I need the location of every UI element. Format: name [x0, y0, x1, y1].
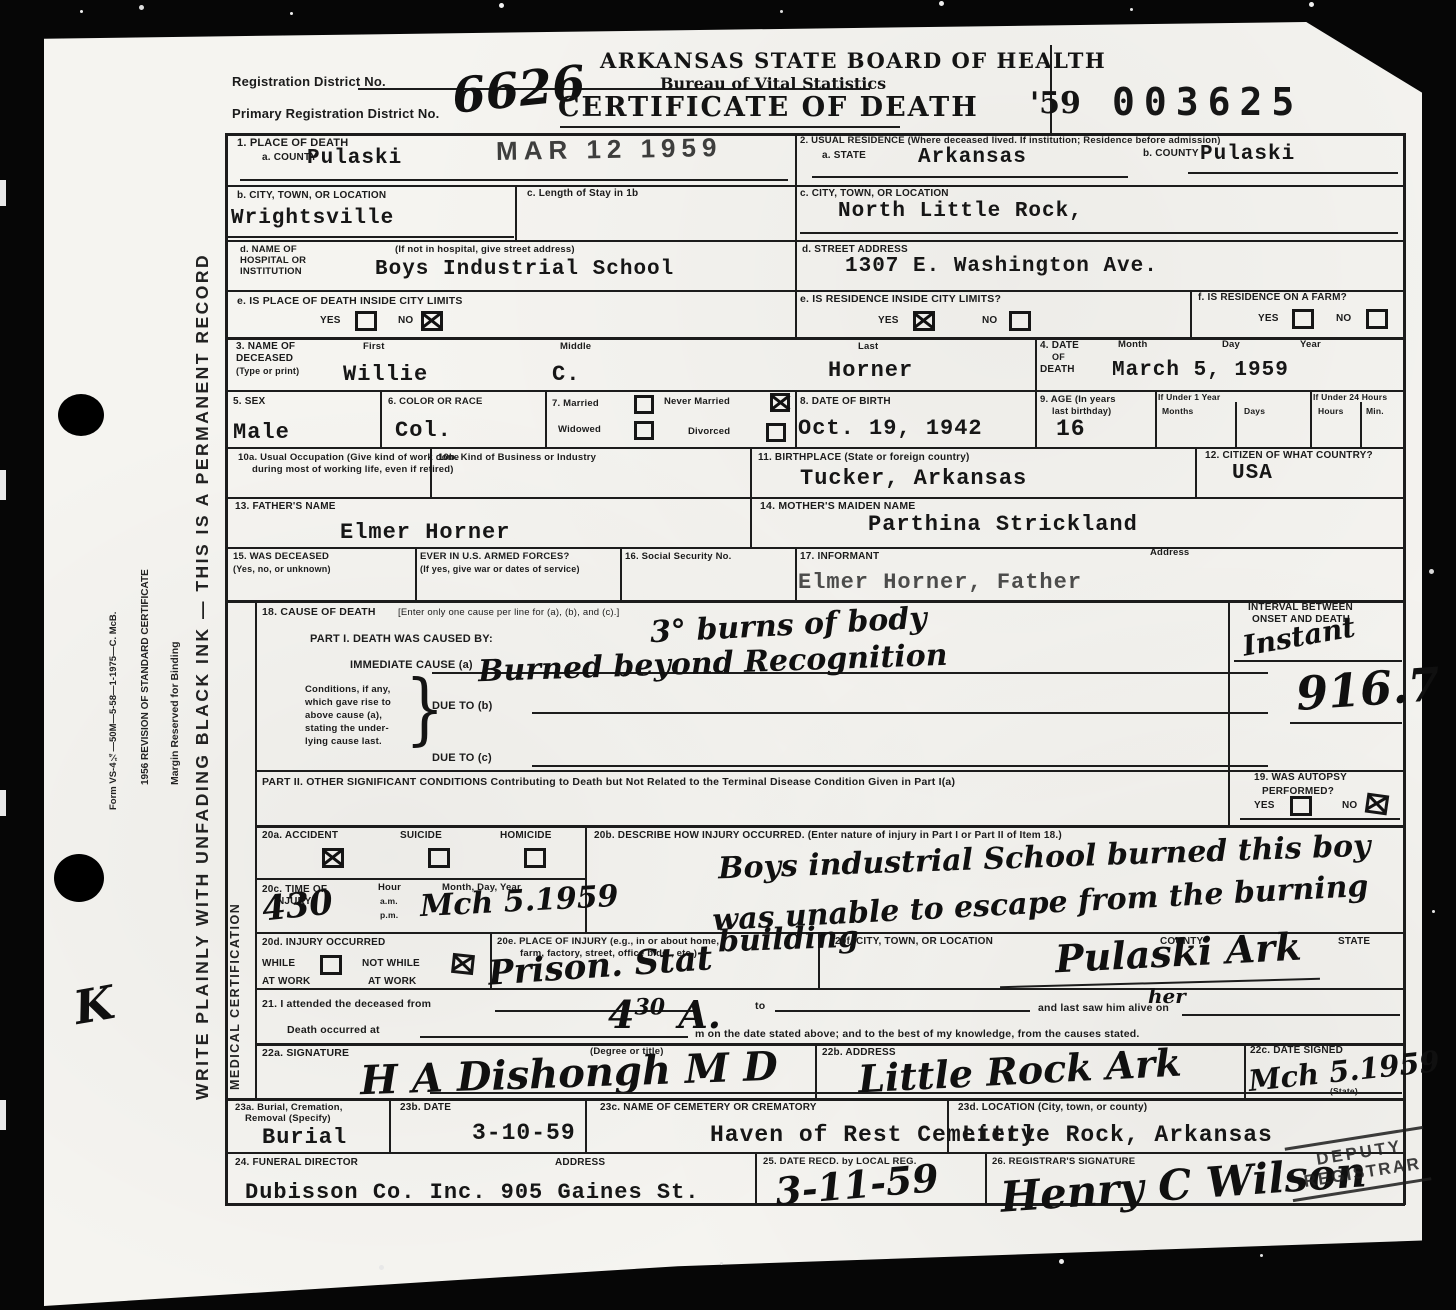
checkbox-while-at-work — [320, 955, 342, 975]
due-to-b-label: DUE TO (b) — [432, 700, 492, 712]
form-line — [225, 390, 1405, 392]
describe-injury-label: 20b. DESCRIBE HOW INJURY OCCURRED. (Ente… — [594, 830, 1062, 841]
armed-forces-label-1: 15. WAS DECEASED — [233, 551, 329, 562]
place-city-label: b. CITY, TOWN, OR LOCATION — [237, 190, 386, 201]
form-line — [532, 712, 1268, 714]
father-value: Elmer Horner — [340, 520, 510, 545]
checkbox-place-limits-no — [421, 311, 443, 331]
month-header: Month — [1118, 339, 1148, 350]
form-line — [985, 1152, 987, 1205]
last-name-value: Horner — [828, 358, 913, 383]
form-line — [225, 185, 1405, 187]
mother-label: 14. MOTHER'S MAIDEN NAME — [760, 500, 915, 512]
death-occurred-at-label: Death occurred at — [287, 1024, 380, 1036]
place-limits-label: e. IS PLACE OF DEATH INSIDE CITY LIMITS — [237, 295, 463, 307]
cert-number: 003625 — [1112, 80, 1303, 124]
form-line — [532, 765, 1268, 767]
funeral-director-value: Dubisson Co. Inc. 905 Gaines St. — [245, 1180, 699, 1205]
date-of-death-value: March 5, 1959 — [1112, 359, 1289, 382]
while-label: WHILE — [262, 958, 295, 969]
form-line — [1360, 402, 1362, 447]
checkbox-accident — [322, 848, 344, 868]
checkbox-residence-limits-no — [1009, 311, 1031, 331]
place-limits-yes-label: YES — [320, 315, 341, 326]
conditions-label-2: which gave rise to — [305, 697, 391, 708]
form-line — [1310, 390, 1312, 447]
form-line — [1035, 337, 1037, 390]
form-line — [775, 1010, 1030, 1012]
punch-hole — [58, 394, 104, 436]
armed-forces-label-3: EVER IN U.S. ARMED FORCES? — [420, 551, 569, 562]
under-24-hours-header: If Under 24 Hours — [1313, 392, 1387, 402]
form-line — [255, 825, 1405, 828]
film-dust — [80, 10, 83, 13]
residence-state-value: Arkansas — [918, 146, 1027, 169]
birthplace-value: Tucker, Arkansas — [800, 466, 1027, 491]
form-line — [1244, 1043, 1246, 1098]
checkbox-widowed — [634, 421, 654, 440]
punch-hole — [54, 854, 104, 902]
dob-label: 8. DATE OF BIRTH — [800, 396, 891, 407]
business-label: 10b. Kind of Business or Industry — [438, 452, 596, 463]
under-1-year-header: If Under 1 Year — [1158, 392, 1220, 402]
form-line — [255, 1043, 1405, 1046]
usual-residence-title: 2. USUAL RESIDENCE (Where deceased lived… — [800, 135, 1221, 146]
cert-year: '59 — [1030, 86, 1081, 121]
form-line — [795, 547, 797, 600]
last-name-header: Last — [858, 341, 878, 352]
form-line — [225, 447, 1405, 449]
burial-location-label: 23d. LOCATION (City, town, or county) — [958, 1102, 1147, 1113]
name-label-2: DECEASED — [236, 353, 293, 364]
date-of-death-label-1: 4. DATE — [1040, 340, 1079, 351]
medical-certification-label: MEDICAL CERTIFICATION — [228, 740, 242, 1090]
form-line — [755, 1152, 757, 1205]
form-line — [795, 390, 797, 447]
handwritten-code: 916.7 — [1294, 657, 1441, 721]
burial-label-2: Removal (Specify) — [245, 1113, 331, 1124]
accident-label: 20a. ACCIDENT — [262, 830, 338, 841]
age-label-1: 9. AGE (In years — [1040, 394, 1116, 405]
form-line — [1035, 390, 1037, 447]
form-line — [1190, 290, 1192, 337]
form-line — [815, 1043, 817, 1098]
death-time-hour: 4 — [608, 992, 634, 1037]
form-line — [430, 1092, 1402, 1094]
form-line — [585, 1098, 587, 1152]
occupation-label-1: 10a. Usual Occupation (Give kind of work… — [238, 452, 459, 463]
form-line — [812, 176, 1128, 178]
binding-margin-label: Margin Reserved for Binding — [169, 555, 181, 785]
armed-forces-label-4: (If yes, give war or dates of service) — [420, 564, 580, 574]
injury-occurred-label: 20d. INJURY OCCURRED — [262, 937, 385, 948]
mother-value: Parthina Strickland — [868, 512, 1138, 537]
street-address-label: d. STREET ADDRESS — [802, 244, 908, 255]
form-line — [225, 547, 1405, 549]
first-name-header: First — [363, 341, 385, 352]
form-line — [225, 133, 228, 1205]
handwritten-her: her — [1148, 984, 1186, 1008]
injury-state-header: STATE — [1338, 936, 1370, 947]
form-line — [389, 1098, 391, 1152]
form-line — [255, 600, 257, 1098]
am-label: a.m. — [380, 896, 398, 906]
conditions-label-1: Conditions, if any, — [305, 684, 390, 695]
checkbox-homicide — [524, 848, 546, 868]
checkbox-farm-yes — [1292, 309, 1314, 329]
form-number-label: Form VS-4¼—50M—5-58—1-1975—C. McB. — [108, 470, 119, 810]
days-header: Days — [1244, 406, 1265, 416]
permanent-record-label: WRITE PLAINLY WITH UNFADING BLACK INK — … — [192, 145, 213, 1100]
residence-limits-label: e. IS RESIDENCE INSIDE CITY LIMITS? — [800, 293, 1001, 305]
date-of-death-label-2: OF — [1052, 352, 1065, 362]
film-edge-mark — [0, 1100, 6, 1130]
state-hint-label: (State) — [1330, 1086, 1358, 1096]
due-to-c-label: DUE TO (c) — [432, 752, 492, 764]
form-line — [515, 185, 517, 240]
date-received-stamp: MAR 12 1959 — [496, 132, 723, 167]
checkbox-not-while-at-work — [451, 953, 475, 975]
dob-value: Oct. 19, 1942 — [798, 416, 983, 441]
form-line — [228, 236, 514, 238]
funeral-address-label: ADDRESS — [555, 1157, 605, 1168]
not-while-label: NOT WHILE — [362, 958, 420, 969]
checkbox-residence-limits-yes — [913, 311, 935, 331]
form-line — [620, 547, 622, 600]
film-edge-mark — [0, 790, 6, 816]
checkbox-married — [634, 395, 654, 414]
form-line — [1240, 818, 1400, 820]
hospital-label-1: d. NAME OF — [240, 244, 297, 255]
ssn-label: 16. Social Security No. — [625, 551, 732, 562]
father-label: 13. FATHER'S NAME — [235, 501, 336, 512]
race-label: 6. COLOR OR RACE — [388, 396, 483, 407]
hospital-value: Boys Industrial School — [375, 258, 674, 281]
date-signed-label: 22c. DATE SIGNED — [1250, 1045, 1343, 1056]
hospital-hint: (If not in hospital, give street address… — [395, 244, 575, 255]
informant-label: 17. INFORMANT — [800, 551, 879, 562]
form-line — [800, 232, 1398, 234]
name-label-3: (Type or print) — [236, 366, 299, 376]
film-edge-mark — [0, 180, 6, 206]
hospital-label-3: INSTITUTION — [240, 266, 302, 277]
funeral-director-label: 24. FUNERAL DIRECTOR — [235, 1157, 358, 1168]
reg-district-label: Registration District No. — [232, 74, 386, 89]
place-city-value: Wrightsville — [231, 207, 394, 230]
farm-label: f. IS RESIDENCE ON A FARM? — [1198, 292, 1347, 303]
age-label-2: last birthday) — [1052, 406, 1111, 416]
conditions-label-4: stating the under- — [305, 723, 389, 734]
middle-name-header: Middle — [560, 341, 591, 352]
burial-type-value: Burial — [262, 1125, 347, 1150]
checkbox-suicide — [428, 848, 450, 868]
length-of-stay-label: c. Length of Stay in 1b — [527, 188, 638, 199]
injury-city-label: 20f. CITY, TOWN, OR LOCATION — [835, 936, 993, 947]
form-line — [1290, 722, 1402, 724]
residence-city-value: North Little Rock, — [838, 200, 1083, 223]
farm-no-label: NO — [1336, 313, 1351, 324]
burial-label-1: 23a. Burial, Cremation, — [235, 1102, 343, 1113]
divorced-label: Divorced — [688, 426, 730, 437]
form-line — [560, 126, 900, 128]
checkbox-autopsy-yes — [1290, 796, 1312, 816]
burial-date-label: 23b. DATE — [400, 1102, 451, 1113]
form-line — [255, 988, 1405, 990]
residence-limits-yes-label: YES — [878, 315, 899, 326]
middle-name-value: C. — [552, 362, 580, 387]
not-while-at-work-label: AT WORK — [368, 976, 416, 987]
place-limits-no-label: NO — [398, 315, 413, 326]
form-line — [750, 447, 752, 547]
conditions-label-5: lying cause last. — [305, 736, 382, 747]
certificate-title: CERTIFICATE OF DEATH — [558, 92, 979, 123]
first-name-value: Willie — [343, 362, 428, 387]
residence-limits-no-label: NO — [982, 315, 997, 326]
date-of-death-label-3: DEATH — [1040, 364, 1075, 375]
bureau-subtitle: Bureau of Vital Statistics — [660, 74, 886, 93]
name-label-1: 3. NAME OF — [236, 341, 295, 352]
form-line — [1188, 172, 1398, 174]
conditions-label-3: above cause (a), — [305, 710, 382, 721]
checkbox-place-limits-yes — [355, 311, 377, 331]
autopsy-no-label: NO — [1342, 800, 1357, 811]
form-line — [1195, 447, 1197, 497]
day-header: Day — [1222, 339, 1240, 350]
place-county-value: Pulaski — [307, 147, 402, 170]
primary-reg-district-label: Primary Registration District No. — [232, 106, 439, 121]
street-address-value: 1307 E. Washington Ave. — [845, 255, 1158, 278]
months-header: Months — [1162, 406, 1193, 416]
armed-forces-label-2: (Yes, no, or unknown) — [233, 564, 331, 574]
attended-from-label: 21. I attended the deceased from — [262, 998, 431, 1010]
part1-label: PART I. DEATH WAS CAUSED BY: — [310, 633, 493, 645]
autopsy-label-1: 19. WAS AUTOPSY — [1254, 772, 1347, 783]
board-title: ARKANSAS STATE BOARD OF HEALTH — [600, 48, 1106, 73]
widowed-label: Widowed — [558, 424, 601, 435]
hours-header: Hours — [1318, 406, 1344, 416]
farm-yes-label: YES — [1258, 313, 1279, 324]
death-time-minutes: 30 — [634, 994, 665, 1020]
year-header: Year — [1300, 339, 1321, 350]
checkbox-farm-no — [1366, 309, 1388, 329]
form-line — [255, 878, 585, 880]
form-line — [225, 1152, 1405, 1154]
hospital-label-2: HOSPITAL OR — [240, 255, 306, 266]
form-line — [225, 240, 1405, 242]
handwritten-injury-hour: 430 — [260, 882, 335, 929]
form-line — [240, 179, 788, 181]
cause-title: 18. CAUSE OF DEATH — [262, 606, 376, 618]
cemetery-label: 23c. NAME OF CEMETERY OR CREMATORY — [600, 1102, 817, 1113]
occupation-label-2: during most of working life, even if ret… — [252, 464, 454, 475]
interval-label-1: INTERVAL BETWEEN — [1248, 602, 1353, 613]
attended-to-label: to — [755, 1000, 765, 1012]
while-at-work-label: AT WORK — [262, 976, 310, 987]
hour-header: Hour — [378, 882, 401, 893]
film-edge-mark — [0, 470, 6, 500]
married-label: 7. Married — [552, 398, 599, 409]
citizen-value: USA — [1232, 462, 1273, 485]
signature-label: 22a. SIGNATURE — [262, 1047, 349, 1059]
sex-label: 5. SEX — [233, 396, 265, 407]
form-line — [1155, 390, 1157, 447]
form-line — [545, 390, 547, 447]
form-line — [585, 825, 587, 932]
form-line — [415, 547, 417, 600]
attended-tail-text: m on the date stated above; and to the b… — [695, 1028, 1139, 1040]
age-value: 16 — [1056, 416, 1086, 442]
revision-label: 1956 REVISION OF STANDARD CERTIFICATE — [140, 455, 151, 785]
min-header: Min. — [1366, 406, 1384, 416]
form-line — [1182, 1014, 1400, 1016]
sex-value: Male — [233, 420, 290, 445]
pm-label: p.m. — [380, 910, 398, 920]
form-line — [225, 497, 1405, 499]
autopsy-yes-label: YES — [1254, 800, 1275, 811]
residence-state-label: a. STATE — [822, 150, 866, 161]
homicide-label: HOMICIDE — [500, 830, 552, 841]
form-line — [380, 390, 382, 447]
suicide-label: SUICIDE — [400, 830, 442, 841]
never-married-label: Never Married — [664, 396, 730, 407]
birthplace-label: 11. BIRTHPLACE (State or foreign country… — [758, 452, 970, 463]
checkbox-autopsy-no — [1365, 793, 1390, 816]
residence-county-label: b. COUNTY — [1143, 148, 1199, 159]
informant-address-label: Address — [1150, 547, 1189, 558]
race-value: Col. — [395, 418, 452, 443]
residence-county-value: Pulaski — [1200, 143, 1295, 166]
part2-text: PART II. OTHER SIGNIFICANT CONDITIONS Co… — [262, 776, 955, 788]
checkbox-never-married — [770, 393, 790, 412]
citizen-label: 12. CITIZEN OF WHAT COUNTRY? — [1205, 450, 1373, 461]
checkbox-divorced — [766, 423, 786, 442]
form-line — [255, 770, 1405, 772]
form-line — [1235, 402, 1237, 447]
cause-title-hint: [Enter only one cause per line for (a), … — [398, 607, 619, 618]
burial-location-value: Little Rock, Arkansas — [962, 1122, 1273, 1148]
form-line — [795, 133, 797, 337]
residence-city-label: c. CITY, TOWN, OR LOCATION — [800, 188, 949, 199]
burial-date-value: 3-10-59 — [472, 1120, 576, 1146]
informant-value: Elmer Horner, Father — [798, 570, 1082, 595]
